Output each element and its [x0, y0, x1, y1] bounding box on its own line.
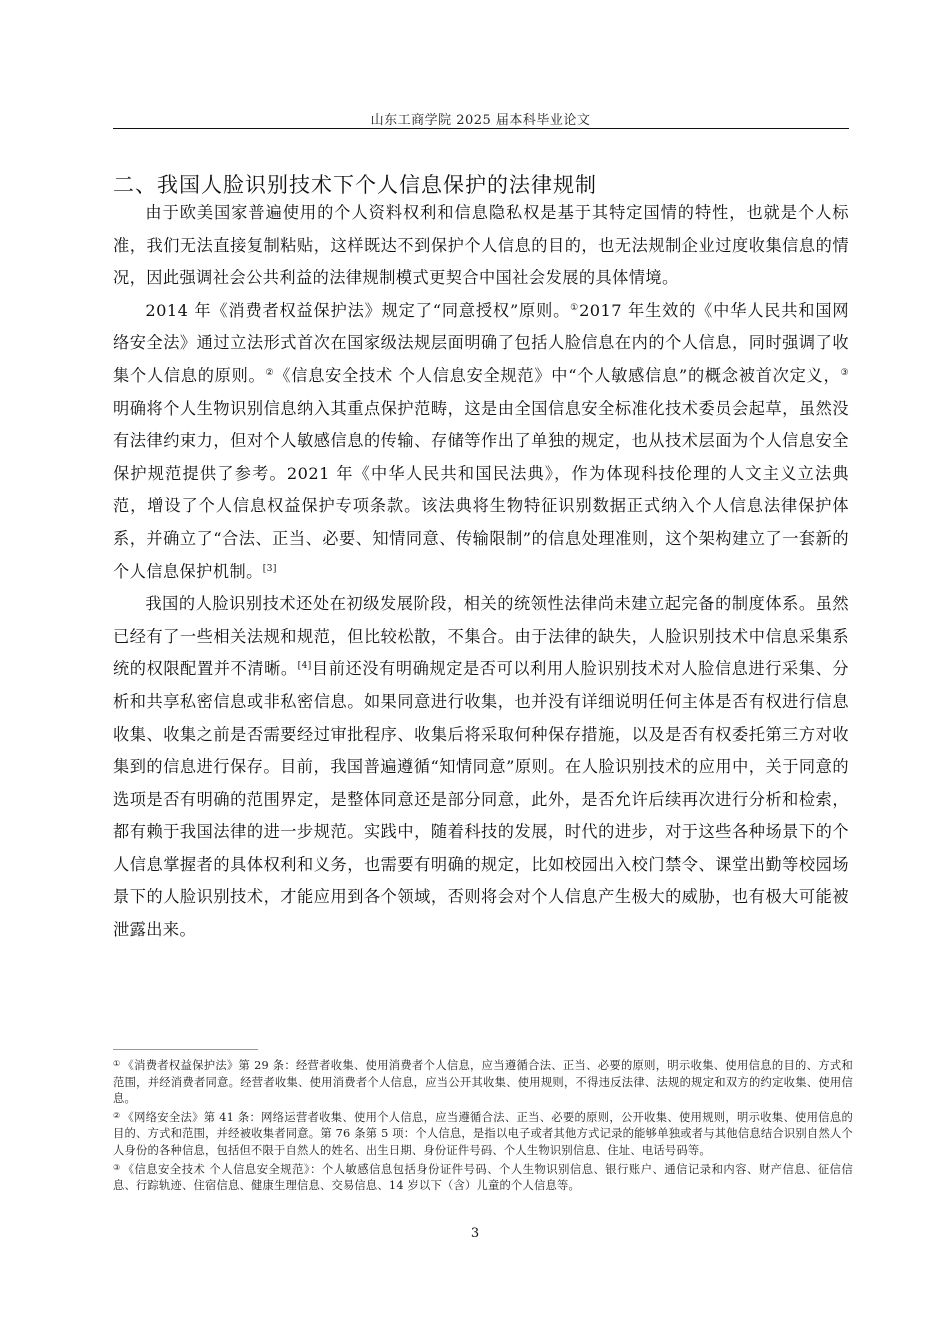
paragraph-text: 《信息安全技术 个人信息安全规范》中“个人敏感信息”的概念被首次定义， — [274, 366, 840, 385]
footnote-text: 《消费者权益保护法》第 29 条：经营者收集、使用消费者个人信息，应当遵循合法、… — [113, 1059, 853, 1105]
footnote-ref-2[interactable]: ② — [265, 368, 274, 378]
footnote-1: ①《消费者权益保护法》第 29 条：经营者收集、使用消费者个人信息，应当遵循合法… — [113, 1056, 853, 1108]
paragraph: 我国的人脸识别技术还处在初级发展阶段，相关的统领性法律尚未建立起完备的制度体系。… — [113, 588, 849, 947]
paragraph: 2014 年《消费者权益保护法》规定了“同意授权”原则。①2017 年生效的《中… — [113, 295, 849, 588]
footnote-mark: ③ — [113, 1163, 121, 1172]
citation-ref-3[interactable]: [3] — [263, 564, 277, 574]
citation-ref-4[interactable]: [4] — [298, 661, 312, 671]
paragraph-text: 明确将个人生物识别信息纳入其重点保护范畴，这是由全国信息安全标准化技术委员会起草… — [113, 399, 849, 581]
footnote-mark: ① — [113, 1059, 120, 1068]
header-rule — [113, 128, 849, 129]
footnote-ref-1[interactable]: ① — [570, 303, 579, 313]
footnote-2: ②《网络安全法》第 41 条：网络运营者收集、使用个人信息，应当遵循合法、正当、… — [113, 1108, 853, 1160]
section-title: 二、我国人脸识别技术下个人信息保护的法律规制 — [113, 169, 597, 199]
paragraph-text: 目前还没有明确规定是否可以利用人脸识别技术对人脸信息进行采集、分析和共享私密信息… — [113, 659, 849, 939]
body-text: 由于欧美国家普遍使用的个人资料权利和信息隐私权是基于其特定国情的特性，也就是个人… — [113, 197, 849, 947]
paragraph: 由于欧美国家普遍使用的个人资料权利和信息隐私权是基于其特定国情的特性，也就是个人… — [113, 197, 849, 295]
paragraph-text: 由于欧美国家普遍使用的个人资料权利和信息隐私权是基于其特定国情的特性，也就是个人… — [113, 203, 849, 287]
footnote-separator — [113, 1049, 258, 1050]
page-number: 3 — [0, 1226, 950, 1241]
footnote-text: 《网络安全法》第 41 条：网络运营者收集、使用个人信息，应当遵循合法、正当、必… — [113, 1111, 853, 1157]
footnote-text: 《信息安全技术 个人信息安全规范》：个人敏感信息包括身份证件号码、个人生物识别信… — [113, 1163, 853, 1193]
footnotes: ①《消费者权益保护法》第 29 条：经营者收集、使用消费者个人信息，应当遵循合法… — [113, 1056, 853, 1195]
footnote-ref-3[interactable]: ③ — [840, 368, 849, 378]
paragraph-text: 2014 年《消费者权益保护法》规定了“同意授权”原则。 — [145, 301, 570, 320]
running-header: 山东工商学院 2025 届本科毕业论文 — [113, 109, 848, 128]
footnote-mark: ② — [113, 1111, 120, 1120]
footnote-3: ③《信息安全技术 个人信息安全规范》：个人敏感信息包括身份证件号码、个人生物识别… — [113, 1160, 853, 1195]
